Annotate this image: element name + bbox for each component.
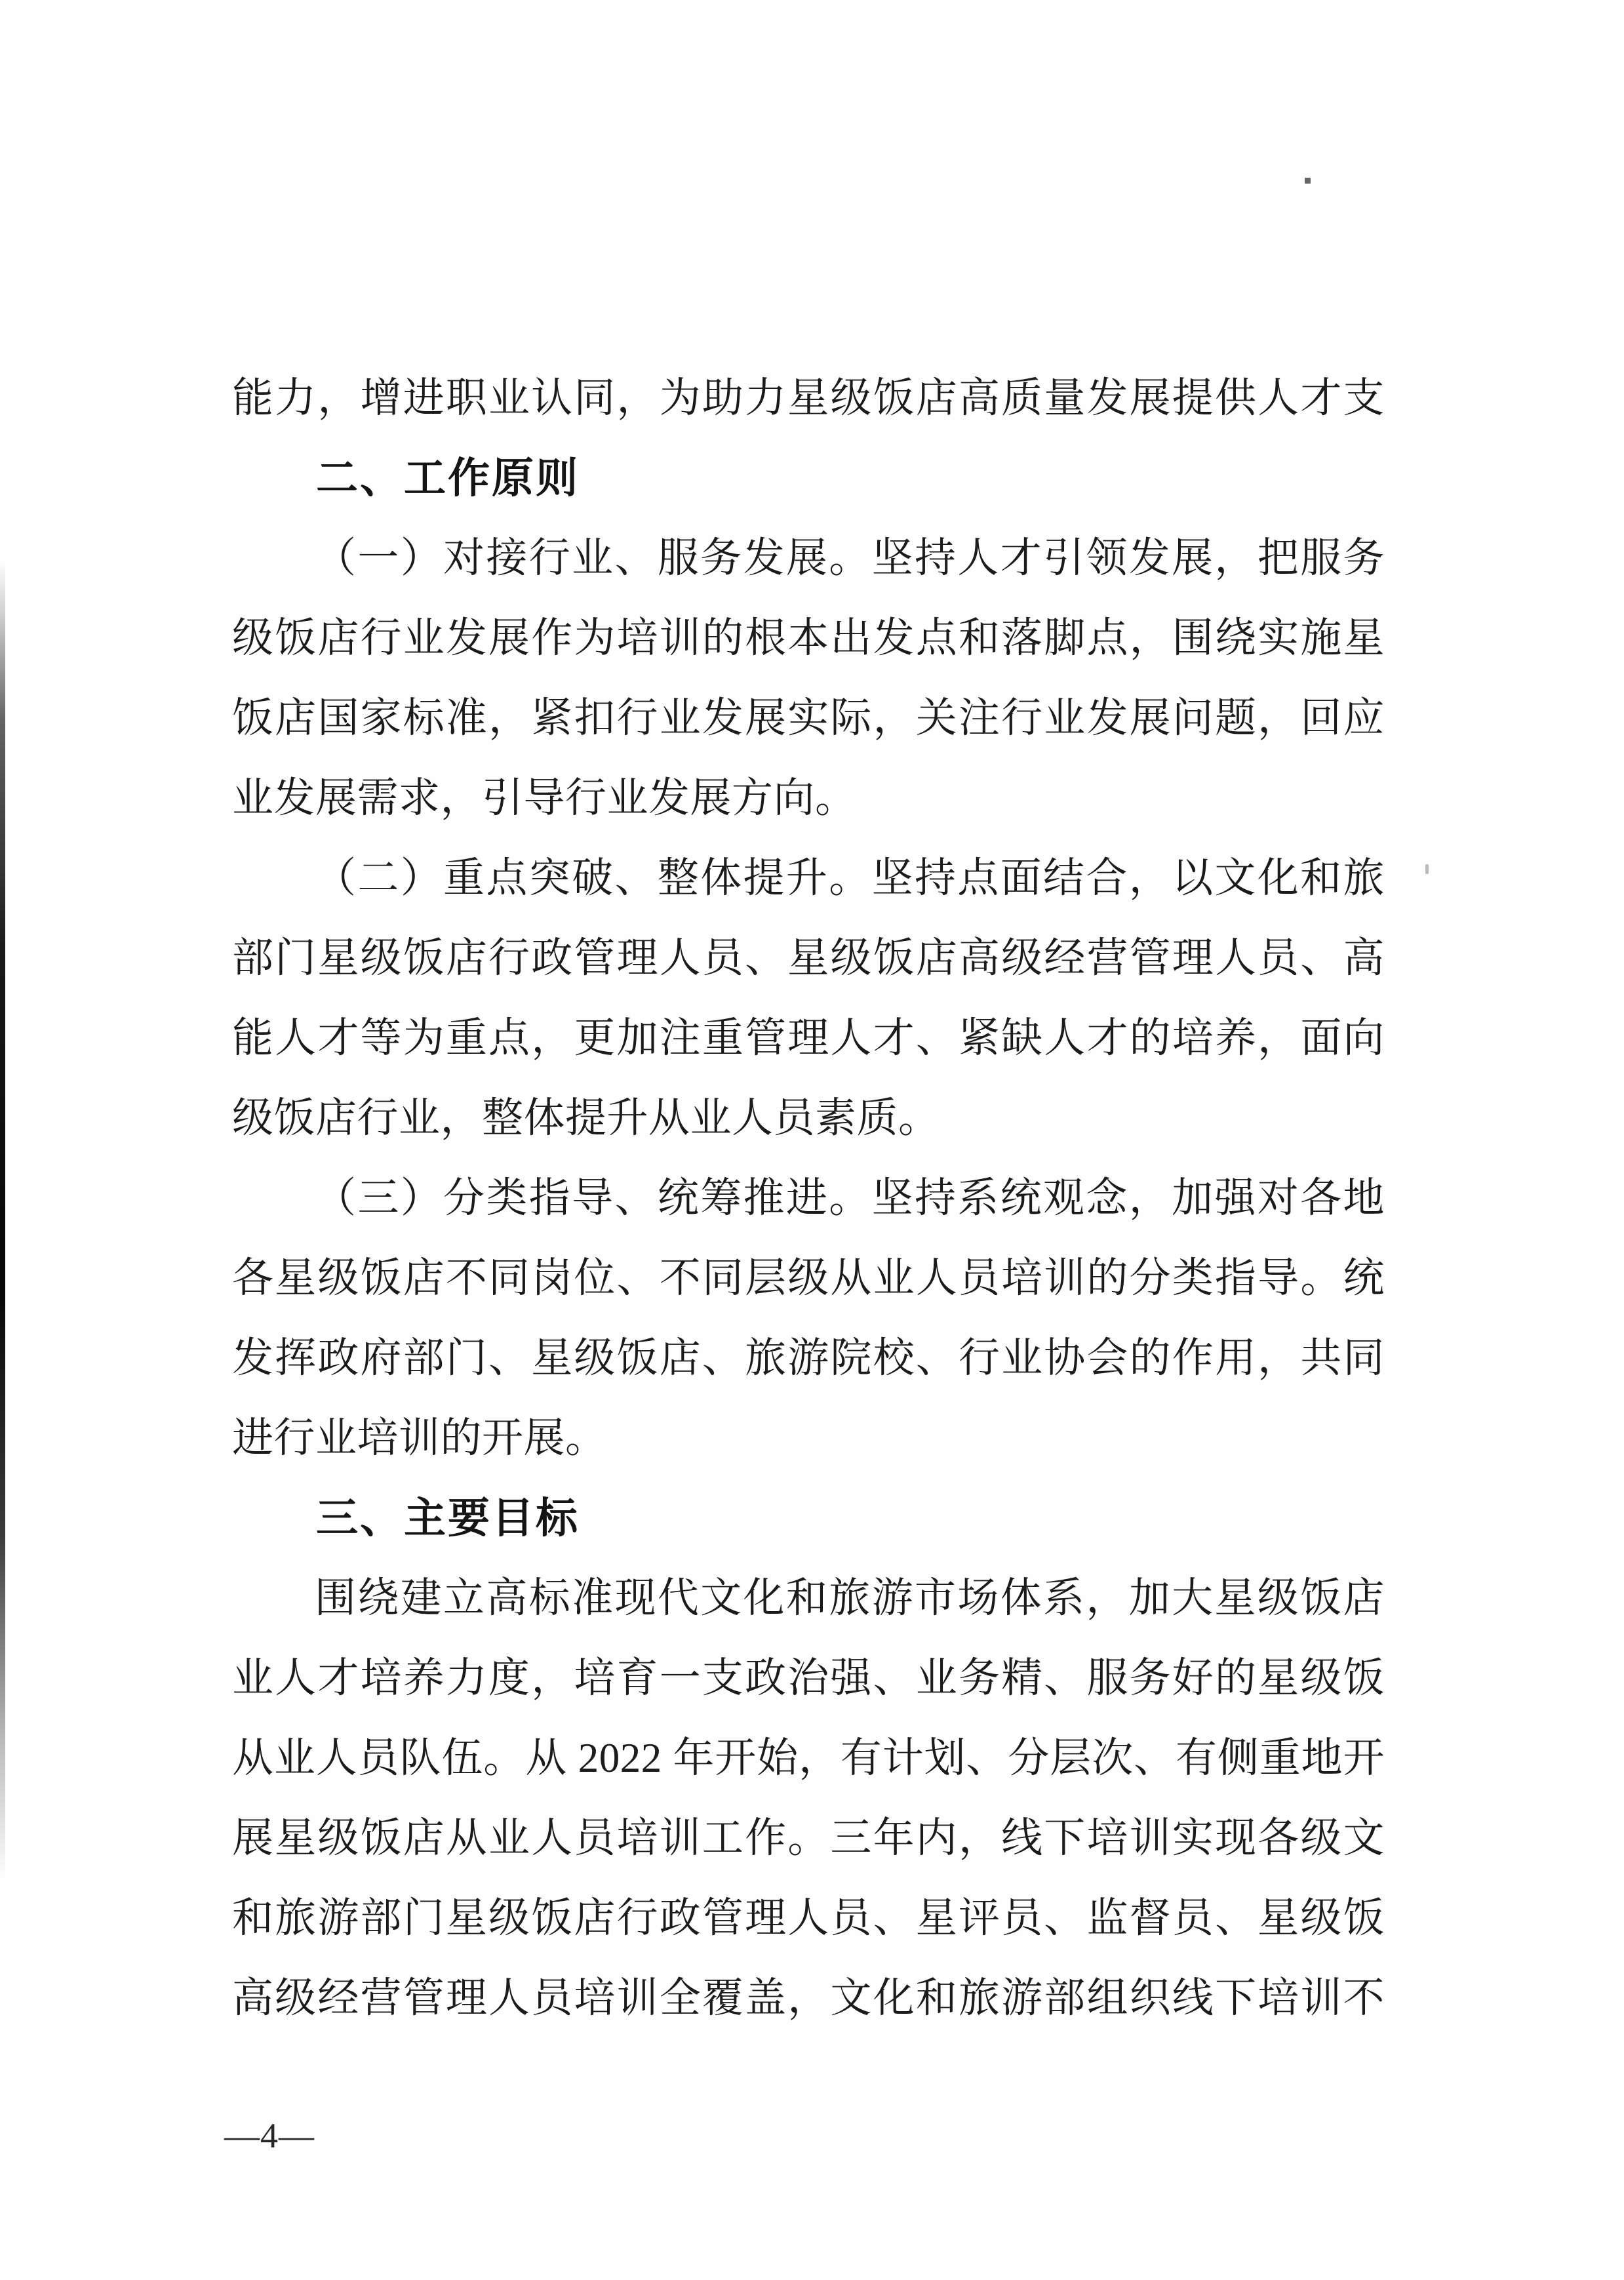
section-heading: 三、主要目标 (232, 1478, 1385, 1558)
text-line: 和旅游部门星级饭店行政管理人员、星评员、监督员、星级饭店 (232, 1878, 1385, 1958)
paragraph-last-line: 业发展需求，引导行业发展方向。 (232, 758, 1385, 838)
paragraph-last-line: 级饭店行业，整体提升从业人员素质。 (232, 1078, 1385, 1158)
text-line: 级饭店行业发展作为培训的根本出发点和落脚点，围绕实施星级 (232, 598, 1385, 678)
text-line: 高级经营管理人员培训全覆盖，文化和旅游部组织线下培训不少 (232, 1958, 1385, 2038)
paragraph-first-line: （一）对接行业、服务发展。坚持人才引领发展，把服务星 (232, 518, 1385, 598)
scan-speck (1425, 864, 1429, 874)
text-line: 各星级饭店不同岗位、不同层级从业人员培训的分类指导。统筹 (232, 1238, 1385, 1318)
document-body: 能力，增进职业认同，为助力星级饭店高质量发展提供人才支撑。 二、工作原则 （一）… (232, 358, 1385, 2038)
section-heading: 二、工作原则 (232, 438, 1385, 518)
text-line: 能力，增进职业认同，为助力星级饭店高质量发展提供人才支撑。 (232, 358, 1385, 438)
scan-speck (1305, 178, 1311, 184)
text-line: 饭店国家标准，紧扣行业发展实际，关注行业发展问题，回应行 (232, 678, 1385, 758)
page-number: —4— (224, 2115, 315, 2156)
text-line: 部门星级饭店行政管理人员、星级饭店高级经营管理人员、高技 (232, 918, 1385, 998)
paragraph-first-line: （二）重点突破、整体提升。坚持点面结合，以文化和旅游 (232, 838, 1385, 918)
paragraph-last-line: 进行业培训的开展。 (232, 1398, 1385, 1478)
text-line: 展星级饭店从业人员培训工作。三年内，线下培训实现各级文化 (232, 1798, 1385, 1878)
scan-edge-artifact (0, 561, 5, 1879)
text-line: 发挥政府部门、星级饭店、旅游院校、行业协会的作用，共同推 (232, 1318, 1385, 1398)
paragraph-first-line: 围绕建立高标准现代文化和旅游市场体系，加大星级饭店行 (232, 1558, 1385, 1638)
paragraph-first-line: （三）分类指导、统筹推进。坚持系统观念，加强对各地区、 (232, 1158, 1385, 1238)
text-line: 能人才等为重点，更加注重管理人才、紧缺人才的培养，面向星 (232, 998, 1385, 1078)
text-line: 从业人员队伍。从 2022 年开始，有计划、分层次、有侧重地开 (232, 1718, 1385, 1798)
text-line: 业人才培养力度，培育一支政治强、业务精、服务好的星级饭店 (232, 1638, 1385, 1718)
scanned-document-page: 能力，增进职业认同，为助力星级饭店高质量发展提供人才支撑。 二、工作原则 （一）… (0, 0, 1624, 2280)
